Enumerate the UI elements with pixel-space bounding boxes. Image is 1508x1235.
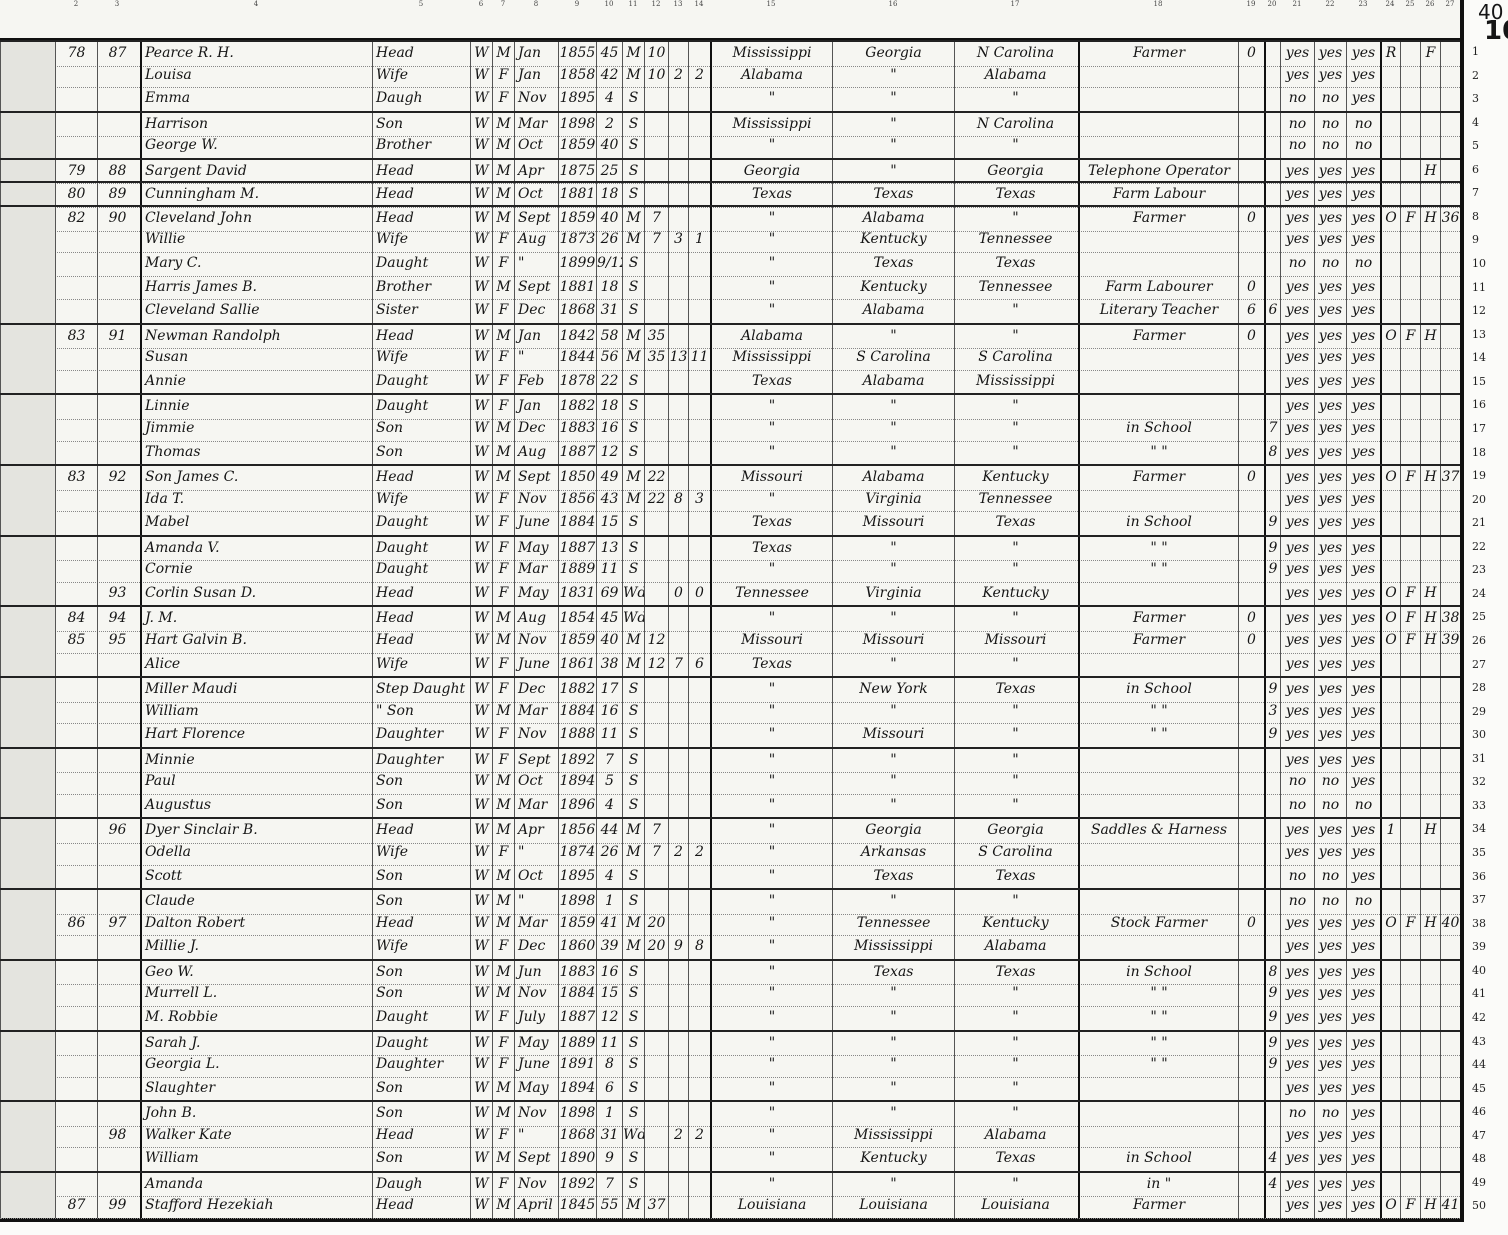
name-cell: Harris James B. [140,276,372,300]
school-cell [1264,87,1280,111]
marital-cell: S [622,441,644,465]
children-born-cell [668,511,688,535]
read-cell: yes [1280,629,1314,653]
children-born-cell [668,87,688,111]
birth-mother-cell: " [954,87,1076,111]
age-cell: 31 [596,299,622,323]
line-number: 18 [1472,446,1502,459]
year-cell: 1868 [558,299,596,323]
occupation-cell [1078,582,1238,606]
write-cell: yes [1314,1147,1346,1171]
month-cell: " [514,1124,558,1148]
name-cell: Sarah J. [140,1032,372,1056]
relation-cell: Wife [372,488,470,512]
name-cell: Alice [140,653,372,677]
birth-father-cell: Alabama [832,207,954,231]
schedule-cell [1440,700,1460,724]
months-unemployed-cell [1238,723,1264,747]
birth-self-cell: " [710,1147,832,1171]
month-cell: Sept [514,276,558,300]
yrs-married-cell: 7 [644,819,668,843]
age-cell: 13 [596,537,622,561]
blank-cell [0,466,55,490]
school-cell [1264,1124,1280,1148]
table-row: MabelDaughtWFJune188415STexasMissouriTex… [0,511,1460,536]
yrs-married-cell: 22 [644,488,668,512]
birth-self-cell: " [710,982,832,1006]
birth-mother-cell: " [954,417,1076,441]
year-cell: 1856 [558,819,596,843]
house-cell [1420,1102,1440,1126]
blank-cell [0,749,55,773]
read-cell: yes [1280,1006,1314,1030]
line-number: 33 [1472,799,1502,812]
marital-cell: S [622,395,644,419]
write-cell: yes [1314,276,1346,300]
blank-cell [0,346,55,370]
yrs-married-cell: 37 [644,1194,668,1218]
color-cell: W [470,678,492,702]
sex-cell: F [492,64,514,88]
family-cell [97,87,137,111]
birth-mother-cell: N Carolina [954,113,1076,137]
family-cell [97,537,137,561]
line-number: 20 [1472,493,1502,506]
line-number: 32 [1472,775,1502,788]
dwelling-cell [55,488,97,512]
birth-mother-cell: Texas [954,961,1076,985]
read-cell: yes [1280,912,1314,936]
children-born-cell [668,207,688,231]
write-cell: yes [1314,1053,1346,1077]
month-cell: Mar [514,700,558,724]
sex-cell: M [492,865,514,889]
months-unemployed-cell [1238,961,1264,985]
birth-self-cell: " [710,723,832,747]
birth-father-cell: Virginia [832,582,954,606]
blank-cell [0,723,55,747]
marital-cell: S [622,982,644,1006]
line-number: 34 [1472,822,1502,835]
yrs-married-cell [644,558,668,582]
month-cell: Mar [514,912,558,936]
occupation-cell [1078,488,1238,512]
birth-mother-cell: Kentucky [954,466,1076,490]
relation-cell: Head [372,1194,470,1218]
write-cell: no [1314,890,1346,914]
birth-father-cell: " [832,794,954,818]
children-born-cell [668,1147,688,1171]
birth-mother-cell: Texas [954,183,1076,207]
blank-cell [0,1006,55,1030]
birth-self-cell: Missouri [710,466,832,490]
farm-cell [1400,1124,1420,1148]
write-cell: yes [1314,607,1346,631]
english-cell: yes [1346,511,1380,535]
birth-self-cell: " [710,890,832,914]
yrs-married-cell [644,1077,668,1101]
marital-cell: S [622,558,644,582]
occupation-cell: Farmer [1078,629,1238,653]
blank-cell [0,370,55,394]
house-cell [1420,1032,1440,1056]
english-cell: yes [1346,678,1380,702]
owned-cell [1380,1147,1400,1171]
family-cell [97,1032,137,1056]
family-cell: 96 [97,819,137,843]
line-number: 24 [1472,587,1502,600]
name-cell: Claude [140,890,372,914]
english-cell: yes [1346,819,1380,843]
birth-self-cell: Texas [710,183,832,207]
age-cell: 8 [596,1053,622,1077]
farm-cell [1400,87,1420,111]
color-cell: W [470,1147,492,1171]
birth-mother-cell: Alabama [954,64,1076,88]
age-cell: 44 [596,819,622,843]
school-cell [1264,276,1280,300]
house-cell [1420,700,1440,724]
color-cell: W [470,134,492,158]
family-cell: 97 [97,912,137,936]
occupation-cell [1078,87,1238,111]
relation-cell: Son [372,113,470,137]
birth-mother-cell: " [954,134,1076,158]
yrs-married-cell [644,1102,668,1126]
house-cell [1420,961,1440,985]
children-born-cell [668,558,688,582]
children-living-cell [688,417,710,441]
farm-cell [1400,488,1420,512]
birth-father-cell: S Carolina [832,346,954,370]
family-cell [97,678,137,702]
birth-father-cell: " [832,325,954,349]
color-cell: W [470,183,492,207]
schedule-cell [1440,819,1460,843]
table-row: Murrell L.SonWMNov188415S"""" "9yesyesye… [0,982,1460,1007]
read-cell: yes [1280,819,1314,843]
month-cell: Dec [514,299,558,323]
marital-cell: S [622,276,644,300]
family-cell [97,276,137,300]
write-cell: yes [1314,395,1346,419]
color-cell: W [470,1053,492,1077]
relation-cell: Son [372,1077,470,1101]
relation-cell: Daught [372,558,470,582]
months-unemployed-cell: 0 [1238,466,1264,490]
months-unemployed-cell [1238,252,1264,276]
birth-mother-cell: " [954,441,1076,465]
column-number: 12 [644,0,668,38]
name-cell: William [140,1147,372,1171]
blank-cell [0,64,55,88]
read-cell: yes [1280,558,1314,582]
color-cell: W [470,912,492,936]
english-cell: yes [1346,723,1380,747]
owned-cell [1380,865,1400,889]
birth-mother-cell: N Carolina [954,42,1076,66]
year-cell: 1856 [558,488,596,512]
english-cell: yes [1346,207,1380,231]
birth-mother-cell: Tennessee [954,228,1076,252]
owned-cell [1380,511,1400,535]
birth-mother-cell: Kentucky [954,912,1076,936]
age-cell: 2 [596,113,622,137]
line-number: 5 [1472,139,1502,152]
blank-cell [0,582,55,606]
birth-self-cell: " [710,417,832,441]
school-cell: 9 [1264,723,1280,747]
table-row: Georgia L.DaughterWFJune18918S"""" "9yes… [0,1053,1460,1078]
column-number: 26 [1420,0,1440,38]
months-unemployed-cell [1238,1147,1264,1171]
yrs-married-cell [644,1053,668,1077]
children-born-cell [668,865,688,889]
farm-cell [1400,64,1420,88]
read-cell: yes [1280,64,1314,88]
family-cell [97,841,137,865]
color-cell: W [470,299,492,323]
owned-cell: O [1380,912,1400,936]
month-cell: Aug [514,441,558,465]
marital-cell: S [622,160,644,184]
age-cell: 38 [596,653,622,677]
family-cell: 94 [97,607,137,631]
owned-cell [1380,794,1400,818]
line-number: 44 [1472,1058,1502,1071]
house-cell [1420,749,1440,773]
english-cell: yes [1346,912,1380,936]
year-cell: 1887 [558,537,596,561]
months-unemployed-cell: 0 [1238,607,1264,631]
house-cell: H [1420,912,1440,936]
birth-father-cell: " [832,770,954,794]
year-cell: 1850 [558,466,596,490]
school-cell: 8 [1264,441,1280,465]
relation-cell: Son [372,961,470,985]
schedule-cell [1440,1124,1460,1148]
month-cell: April [514,1194,558,1218]
house-cell [1420,558,1440,582]
birth-father-cell: " [832,982,954,1006]
dwelling-cell [55,1124,97,1148]
sex-cell: F [492,749,514,773]
blank-cell [0,252,55,276]
relation-cell: Wife [372,935,470,959]
english-cell: no [1346,134,1380,158]
family-cell [97,252,137,276]
months-unemployed-cell [1238,700,1264,724]
farm-cell [1400,1006,1420,1030]
age-cell: 4 [596,87,622,111]
months-unemployed-cell: 0 [1238,207,1264,231]
age-cell: 26 [596,841,622,865]
occupation-cell [1078,1077,1238,1101]
yrs-married-cell [644,678,668,702]
age-cell: 11 [596,723,622,747]
school-cell [1264,134,1280,158]
english-cell: yes [1346,488,1380,512]
marital-cell: S [622,113,644,137]
schedule-cell: 39 [1440,629,1460,653]
house-cell [1420,134,1440,158]
schedule-cell [1440,1102,1460,1126]
yrs-married-cell [644,113,668,137]
age-cell: 18 [596,395,622,419]
read-cell: yes [1280,395,1314,419]
year-cell: 1859 [558,912,596,936]
owned-cell [1380,770,1400,794]
school-cell [1264,346,1280,370]
dwelling-cell [55,252,97,276]
birth-father-cell: " [832,417,954,441]
sex-cell: M [492,1077,514,1101]
owned-cell [1380,723,1400,747]
marital-cell: S [622,183,644,207]
write-cell: no [1314,1102,1346,1126]
sex-cell: F [492,537,514,561]
children-living-cell [688,770,710,794]
sex-cell: M [492,982,514,1006]
children-living-cell: 2 [688,64,710,88]
relation-cell: Daught [372,252,470,276]
yrs-married-cell [644,607,668,631]
yrs-married-cell [644,723,668,747]
blank-cell [0,1102,55,1126]
year-cell: 1874 [558,841,596,865]
yrs-married-cell [644,183,668,207]
sex-cell: M [492,42,514,66]
color-cell: W [470,629,492,653]
dwelling-cell [55,653,97,677]
age-cell: 16 [596,417,622,441]
birth-self-cell: Alabama [710,64,832,88]
birth-self-cell: Tennessee [710,582,832,606]
birth-mother-cell: Alabama [954,1124,1076,1148]
year-cell: 1895 [558,87,596,111]
line-number: 23 [1472,563,1502,576]
age-cell: 9/12 [596,252,622,276]
name-cell: Jimmie [140,417,372,441]
yrs-married-cell [644,370,668,394]
line-number: 26 [1472,634,1502,647]
table-row: 98Walker KateHeadWF"186831Wd22"Mississip… [0,1124,1460,1149]
read-cell: yes [1280,1032,1314,1056]
marital-cell: M [622,1194,644,1218]
house-cell [1420,537,1440,561]
months-unemployed-cell [1238,488,1264,512]
name-cell: Thomas [140,441,372,465]
color-cell: W [470,841,492,865]
name-cell: Dalton Robert [140,912,372,936]
name-cell: Paul [140,770,372,794]
age-cell: 15 [596,511,622,535]
owned-cell [1380,1053,1400,1077]
occupation-cell [1078,395,1238,419]
relation-cell: Son [372,982,470,1006]
children-living-cell: 2 [688,1124,710,1148]
blank-cell [0,42,55,66]
color-cell: W [470,582,492,606]
children-living-cell [688,183,710,207]
read-cell: no [1280,134,1314,158]
farm-cell: F [1400,607,1420,631]
birth-father-cell: Louisiana [832,1194,954,1218]
farm-cell [1400,252,1420,276]
line-number: 41 [1472,987,1502,1000]
year-cell: 1873 [558,228,596,252]
relation-cell: Wife [372,64,470,88]
yrs-married-cell [644,1173,668,1197]
age-cell: 55 [596,1194,622,1218]
table-row: PaulSonWMOct18945S"""nonoyes [0,770,1460,795]
sex-cell: F [492,582,514,606]
house-cell: H [1420,607,1440,631]
write-cell: no [1314,252,1346,276]
owned-cell [1380,299,1400,323]
children-born-cell [668,607,688,631]
occupation-cell: " " [1078,1053,1238,1077]
birth-father-cell: " [832,700,954,724]
month-cell: Sept [514,1147,558,1171]
table-row: LouisaWifeWFJan185842M1022Alabama"Alabam… [0,64,1460,89]
english-cell: yes [1346,42,1380,66]
house-cell [1420,511,1440,535]
children-born-cell [668,982,688,1006]
column-number: 13 [668,0,688,38]
month-cell: Jan [514,325,558,349]
marital-cell: M [622,935,644,959]
blank-cell [0,228,55,252]
relation-cell: Head [372,42,470,66]
line-number: 4 [1472,116,1502,129]
english-cell: yes [1346,653,1380,677]
write-cell: yes [1314,160,1346,184]
school-cell: 4 [1264,1147,1280,1171]
age-cell: 41 [596,912,622,936]
months-unemployed-cell [1238,1173,1264,1197]
owned-cell: O [1380,582,1400,606]
children-living-cell [688,134,710,158]
months-unemployed-cell [1238,1032,1264,1056]
occupation-cell [1078,134,1238,158]
read-cell: yes [1280,466,1314,490]
sex-cell: M [492,700,514,724]
family-cell: 88 [97,160,137,184]
family-cell [97,558,137,582]
birth-mother-cell: " [954,207,1076,231]
line-number: 2 [1472,69,1502,82]
year-cell: 1842 [558,325,596,349]
house-cell: F [1420,42,1440,66]
children-living-cell [688,819,710,843]
school-cell: 9 [1264,1006,1280,1030]
owned-cell: O [1380,629,1400,653]
occupation-cell: in School [1078,417,1238,441]
read-cell: no [1280,87,1314,111]
english-cell: yes [1346,982,1380,1006]
column-number: 4 [140,0,372,38]
relation-cell: Head [372,819,470,843]
family-cell: 92 [97,466,137,490]
children-born-cell [668,276,688,300]
occupation-cell [1078,113,1238,137]
school-cell: 9 [1264,537,1280,561]
children-living-cell [688,629,710,653]
dwelling-cell [55,678,97,702]
color-cell: W [470,370,492,394]
line-number: 38 [1472,917,1502,930]
